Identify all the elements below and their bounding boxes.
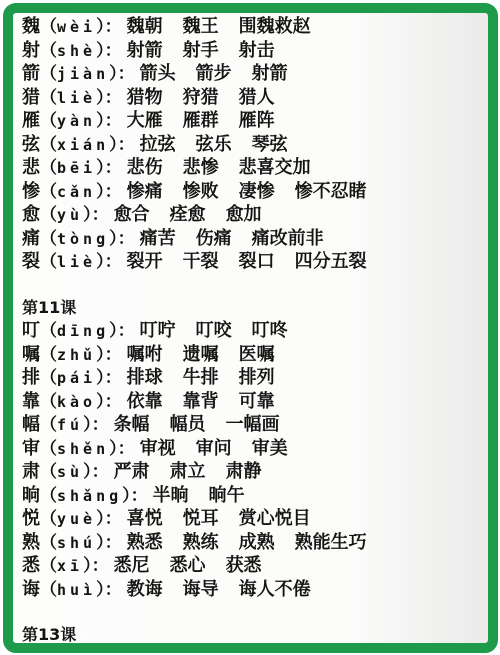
lesson-header: 第11课: [22, 296, 484, 320]
entry-word: 肃静: [226, 461, 262, 482]
entry-colon: ：: [105, 17, 122, 37]
paren-close: ）: [83, 205, 92, 225]
entry-words: 条幅幅员一幅画: [109, 414, 280, 435]
paren-close: ）: [109, 229, 118, 249]
entry-words: 喜悦悦耳赏心悦目: [122, 508, 311, 529]
entry-character: 悦: [22, 508, 40, 529]
entry-word: 射手: [183, 40, 219, 61]
vocab-entry-row: 嘱（zhǔ）：嘱咐遗嘱医嘱: [22, 343, 484, 367]
paren-open: （: [40, 580, 57, 600]
vocab-entry-row: 审（shěn）：审视审问审美: [22, 437, 484, 461]
paren-open: （: [40, 135, 57, 155]
entry-word: 肃立: [170, 461, 206, 482]
entry-words: 半晌晌午: [148, 485, 245, 506]
paren-close: ）: [109, 135, 118, 155]
entry-colon: ：: [105, 88, 122, 108]
vocab-entry-row: 箭（jiàn）：箭头箭步射箭: [22, 62, 484, 86]
vocab-entry-row: 肃（sù）：严肃肃立肃静: [22, 460, 484, 484]
entry-word: 凄惨: [239, 181, 275, 202]
entry-pinyin: jiàn: [57, 65, 109, 83]
entry-word: 箭步: [196, 63, 232, 84]
vocab-entry-row: 裂（liè）：裂开干裂裂口四分五裂: [22, 250, 484, 274]
entry-words: 射箭射手射击: [122, 40, 275, 61]
entry-colon: ：: [105, 580, 122, 600]
entry-pinyin: fú: [57, 416, 83, 434]
paren-open: （: [40, 509, 57, 529]
vocab-entry-row: 悉（xī）：悉尼悉心获悉: [22, 554, 484, 578]
paren-close: ）: [83, 415, 92, 435]
paren-close: ）: [96, 509, 105, 529]
paren-open: （: [40, 462, 57, 482]
vocab-entry-row: 弦（xián）：拉弦弦乐琴弦: [22, 133, 484, 157]
entry-word: 雁阵: [239, 110, 275, 131]
entry-word: 熟能生巧: [295, 532, 367, 553]
entry-character: 惨: [22, 181, 40, 202]
entry-word: 悲伤: [127, 157, 163, 178]
paren-close: ）: [96, 252, 105, 272]
entry-words: 依靠靠背可靠: [122, 391, 275, 412]
document-frame: 魏（wèi）：魏朝魏王围魏救赵射（shè）：射箭射手射击箭（jiàn）：箭头箭步…: [3, 3, 498, 653]
entry-colon: ：: [118, 321, 135, 341]
entry-colon: ：: [105, 252, 122, 272]
entry-word: 一幅画: [226, 414, 280, 435]
paren-open: （: [40, 111, 57, 131]
entry-character: 幅: [22, 414, 40, 435]
entry-character: 射: [22, 40, 40, 61]
entry-word: 悉心: [170, 555, 206, 576]
vocab-entry-row: 叮（dīng）：叮咛叮咬叮咚: [22, 319, 484, 343]
entry-word: 诲导: [183, 579, 219, 600]
vocab-entry-row: 排（pái）：排球牛排排列: [22, 366, 484, 390]
entry-word: 成熟: [239, 532, 275, 553]
entry-words: 审视审问审美: [135, 438, 288, 459]
entry-pinyin: dīng: [57, 322, 109, 340]
entry-word: 裂开: [127, 251, 163, 272]
entry-word: 悲惨: [183, 157, 219, 178]
entry-word: 四分五裂: [295, 251, 367, 272]
paren-open: （: [40, 41, 57, 61]
paren-open: （: [40, 64, 57, 84]
paren-open: （: [40, 415, 57, 435]
entry-character: 嘱: [22, 344, 40, 365]
entry-character: 悲: [22, 157, 40, 178]
paren-open: （: [40, 88, 57, 108]
entry-pinyin: xián: [57, 136, 109, 154]
paren-open: （: [40, 486, 57, 506]
paren-close: ）: [122, 486, 131, 506]
entry-words: 痛苦伤痛痛改前非: [135, 228, 324, 249]
entry-word: 痊愈: [170, 204, 206, 225]
entry-word: 审美: [252, 438, 288, 459]
vocab-entry-row: 雁（yàn）：大雁雁群雁阵: [22, 109, 484, 133]
entry-word: 伤痛: [196, 228, 232, 249]
entry-character: 弦: [22, 134, 40, 155]
entry-pinyin: huì: [57, 581, 96, 599]
entry-colon: ：: [105, 158, 122, 178]
entry-word: 围魏救赵: [239, 16, 311, 37]
entry-word: 幅员: [170, 414, 206, 435]
paren-close: ）: [96, 580, 105, 600]
entry-character: 靠: [22, 391, 40, 412]
entry-character: 悉: [22, 555, 40, 576]
entry-words: 严肃肃立肃静: [109, 461, 262, 482]
paren-open: （: [40, 17, 57, 37]
entry-word: 审问: [196, 438, 232, 459]
entry-word: 魏朝: [127, 16, 163, 37]
vocab-entry-row: 靠（kào）：依靠靠背可靠: [22, 390, 484, 414]
entry-character: 诲: [22, 579, 40, 600]
entry-word: 狩猎: [183, 87, 219, 108]
paren-close: ）: [96, 41, 105, 61]
entry-word: 牛排: [183, 367, 219, 388]
paren-close: ）: [96, 182, 105, 202]
entry-pinyin: kào: [57, 393, 96, 411]
entry-pinyin: pái: [57, 369, 96, 387]
entry-pinyin: yàn: [57, 112, 96, 130]
paren-open: （: [40, 368, 57, 388]
entry-colon: ：: [118, 135, 135, 155]
paren-open: （: [40, 345, 57, 365]
entry-words: 箭头箭步射箭: [135, 63, 288, 84]
entry-pinyin: shǎng: [57, 487, 122, 505]
entry-word: 愈加: [226, 204, 262, 225]
entry-word: 半晌: [153, 485, 189, 506]
entry-character: 痛: [22, 228, 40, 249]
paren-open: （: [40, 321, 57, 341]
entry-pinyin: wèi: [57, 18, 96, 36]
entry-word: 嘱咐: [127, 344, 163, 365]
entry-colon: ：: [105, 368, 122, 388]
vocab-entry-row: 幅（fú）：条幅幅员一幅画: [22, 413, 484, 437]
entry-colon: ：: [105, 392, 122, 412]
entry-words: 惨痛惨败凄惨惨不忍睹: [122, 181, 367, 202]
entry-word: 排列: [239, 367, 275, 388]
entry-colon: ：: [118, 229, 135, 249]
entry-word: 悦耳: [183, 508, 219, 529]
paren-close: ）: [83, 462, 92, 482]
entry-words: 悉尼悉心获悉: [109, 555, 262, 576]
entry-word: 猎物: [127, 87, 163, 108]
entry-character: 审: [22, 438, 40, 459]
entry-word: 射箭: [127, 40, 163, 61]
entry-word: 喜悦: [127, 508, 163, 529]
entry-character: 箭: [22, 63, 40, 84]
entry-word: 弦乐: [196, 134, 232, 155]
paren-open: （: [40, 158, 57, 178]
entry-pinyin: shè: [57, 42, 96, 60]
entry-word: 箭头: [140, 63, 176, 84]
vocab-entry-row: 痛（tòng）：痛苦伤痛痛改前非: [22, 227, 484, 251]
vocab-entry-row: 射（shè）：射箭射手射击: [22, 39, 484, 63]
paren-close: ）: [83, 556, 92, 576]
entry-word: 叮咚: [252, 320, 288, 341]
entry-words: 教诲诲导诲人不倦: [122, 579, 311, 600]
paren-open: （: [40, 439, 57, 459]
entry-words: 裂开干裂裂口四分五裂: [122, 251, 367, 272]
entry-pinyin: bēi: [57, 159, 96, 177]
entry-words: 嘱咐遗嘱医嘱: [122, 344, 275, 365]
entry-pinyin: shú: [57, 534, 96, 552]
entry-word: 拉弦: [140, 134, 176, 155]
vocab-entry-row: 魏（wèi）：魏朝魏王围魏救赵: [22, 15, 484, 39]
entry-word: 雁群: [183, 110, 219, 131]
entry-words: 猎物狩猎猎人: [122, 87, 275, 108]
entry-word: 惨痛: [127, 181, 163, 202]
entry-word: 悉尼: [114, 555, 150, 576]
entry-word: 魏王: [183, 16, 219, 37]
entry-pinyin: sù: [57, 463, 83, 481]
entry-colon: ：: [92, 205, 109, 225]
entry-pinyin: tòng: [57, 230, 109, 248]
paren-close: ）: [109, 439, 118, 459]
entry-word: 痛苦: [140, 228, 176, 249]
entry-word: 猎人: [239, 87, 275, 108]
entry-colon: ：: [92, 556, 109, 576]
paren-close: ）: [109, 64, 118, 84]
entry-colon: ：: [105, 182, 122, 202]
entry-word: 依靠: [127, 391, 163, 412]
paren-close: ）: [96, 158, 105, 178]
entry-word: 医嘱: [239, 344, 275, 365]
entry-character: 熟: [22, 532, 40, 553]
vocab-list: 魏（wèi）：魏朝魏王围魏救赵射（shè）：射箭射手射击箭（jiàn）：箭头箭步…: [13, 13, 488, 643]
entry-words: 愈合痊愈愈加: [109, 204, 262, 225]
entry-pinyin: yù: [57, 206, 83, 224]
entry-word: 排球: [127, 367, 163, 388]
entry-word: 愈合: [114, 204, 150, 225]
entry-pinyin: cǎn: [57, 183, 96, 201]
entry-colon: ：: [118, 64, 135, 84]
entry-word: 叮咛: [140, 320, 176, 341]
entry-colon: ：: [105, 41, 122, 61]
vocab-entry-row: 晌（shǎng）：半晌晌午: [22, 484, 484, 508]
entry-word: 琴弦: [252, 134, 288, 155]
paren-close: ）: [96, 345, 105, 365]
entry-colon: ：: [105, 509, 122, 529]
entry-character: 排: [22, 367, 40, 388]
entry-word: 审视: [140, 438, 176, 459]
entry-pinyin: shěn: [57, 440, 109, 458]
entry-word: 叮咬: [196, 320, 232, 341]
entry-word: 熟悉: [127, 532, 163, 553]
entry-word: 大雁: [127, 110, 163, 131]
entry-colon: ：: [92, 415, 109, 435]
entry-word: 惨败: [183, 181, 219, 202]
paren-open: （: [40, 205, 57, 225]
entry-word: 悲喜交加: [239, 157, 311, 178]
paren-close: ）: [96, 533, 105, 553]
paren-open: （: [40, 229, 57, 249]
entry-character: 猎: [22, 87, 40, 108]
entry-word: 诲人不倦: [239, 579, 311, 600]
paren-open: （: [40, 182, 57, 202]
vocab-entry-row: 猎（liè）：猎物狩猎猎人: [22, 86, 484, 110]
entry-word: 遗嘱: [183, 344, 219, 365]
entry-words: 熟悉熟练成熟熟能生巧: [122, 532, 367, 553]
paren-open: （: [40, 556, 57, 576]
entry-word: 教诲: [127, 579, 163, 600]
vocab-entry-row: 愈（yù）：愈合痊愈愈加: [22, 203, 484, 227]
entry-word: 严肃: [114, 461, 150, 482]
vocab-entry-row: 诲（huì）：教诲诲导诲人不倦: [22, 578, 484, 602]
entry-character: 肃: [22, 461, 40, 482]
entry-character: 裂: [22, 251, 40, 272]
entry-words: 大雁雁群雁阵: [122, 110, 275, 131]
vocab-entry-row: 悦（yuè）：喜悦悦耳赏心悦目: [22, 507, 484, 531]
entry-pinyin: yuè: [57, 510, 96, 528]
entry-colon: ：: [105, 533, 122, 553]
entry-pinyin: liè: [57, 89, 96, 107]
vocab-entry-row: 惨（cǎn）：惨痛惨败凄惨惨不忍睹: [22, 180, 484, 204]
paren-close: ）: [96, 17, 105, 37]
entry-words: 悲伤悲惨悲喜交加: [122, 157, 311, 178]
vocab-entry-row: 悲（bēi）：悲伤悲惨悲喜交加: [22, 156, 484, 180]
entry-character: 晌: [22, 485, 40, 506]
entry-word: 痛改前非: [252, 228, 324, 249]
paren-close: ）: [96, 392, 105, 412]
entry-word: 靠背: [183, 391, 219, 412]
entry-word: 射击: [239, 40, 275, 61]
paren-open: （: [40, 533, 57, 553]
entry-word: 条幅: [114, 414, 150, 435]
entry-character: 魏: [22, 16, 40, 37]
entry-words: 叮咛叮咬叮咚: [135, 320, 288, 341]
vocab-entry-row: 熟（shú）：熟悉熟练成熟熟能生巧: [22, 531, 484, 555]
paren-close: ）: [96, 111, 105, 131]
entry-character: 愈: [22, 204, 40, 225]
entry-colon: ：: [105, 345, 122, 365]
entry-character: 叮: [22, 320, 40, 341]
entry-word: 获悉: [226, 555, 262, 576]
entry-colon: ：: [131, 486, 148, 506]
entry-word: 裂口: [239, 251, 275, 272]
entry-word: 可靠: [239, 391, 275, 412]
paren-close: ）: [109, 321, 118, 341]
entry-word: 干裂: [183, 251, 219, 272]
entry-pinyin: xī: [57, 557, 83, 575]
paren-open: （: [40, 392, 57, 412]
entry-word: 惨不忍睹: [295, 181, 367, 202]
paren-close: ）: [96, 368, 105, 388]
paren-open: （: [40, 252, 57, 272]
entry-words: 排球牛排排列: [122, 367, 275, 388]
entry-word: 射箭: [252, 63, 288, 84]
entry-words: 魏朝魏王围魏救赵: [122, 16, 311, 37]
entry-character: 雁: [22, 110, 40, 131]
lesson-header: 第13课: [22, 623, 484, 643]
entry-word: 晌午: [209, 485, 245, 506]
entry-words: 拉弦弦乐琴弦: [135, 134, 288, 155]
entry-colon: ：: [105, 111, 122, 131]
entry-colon: ：: [92, 462, 109, 482]
entry-pinyin: liè: [57, 253, 96, 271]
entry-pinyin: zhǔ: [57, 346, 96, 364]
paren-close: ）: [96, 88, 105, 108]
entry-word: 赏心悦目: [239, 508, 311, 529]
entry-colon: ：: [118, 439, 135, 459]
entry-word: 熟练: [183, 532, 219, 553]
